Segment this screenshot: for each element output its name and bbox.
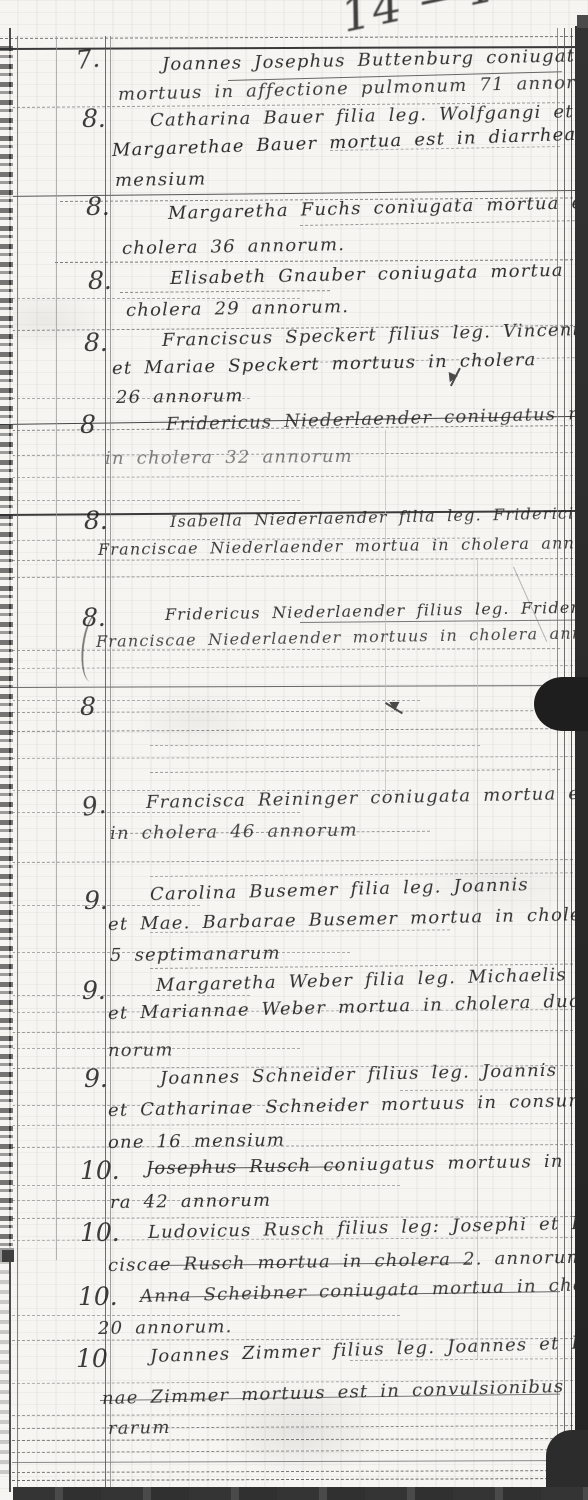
entry-day-number: 9. [84,1064,108,1093]
entry-day-number: 8 [80,692,96,721]
rule-line [0,685,588,688]
rule-line [12,710,588,713]
scanned-register-page: 14 —15 7.Joannes Josephus Buttenburg con… [0,0,588,1500]
column-rule [9,28,11,1492]
column-rule [56,36,57,1260]
entry-day-number: 9. [82,976,106,1005]
entry-text-line: norum [108,1039,174,1061]
rule-line [12,475,588,478]
entry-text-line: Margaretha Weber filia leg. Michaelis [156,964,567,996]
entry-day-number: 8. [84,328,108,357]
rule-line [0,36,588,39]
entry-text-line: et Mariae Speckert mortuus in cholera [112,349,537,379]
rule-line [12,1460,588,1463]
rule-line [120,290,330,293]
entry-day-number: 8. [82,603,106,632]
entry-text-line: Franciscus Speckert filius leg. Vincenti… [162,319,588,351]
rule-line [12,1438,588,1441]
entry-text-line: cholera 36 annorum. [122,234,345,259]
scan-left-edge-square [0,1248,14,1262]
entry-text-line: et Catharinae Schneider mortuus in consu… [108,1090,588,1121]
entry-text-line: Francisca Reininger coniugata mortua est [146,783,588,813]
rule-line [12,1123,588,1126]
entry-text-line: Josephus Rusch coniugatus mortuus in cho… [146,1149,588,1179]
entry-text-line: mortuus in affectione pulmonum 71 annoru… [118,71,588,105]
scan-corner-shadow [546,1430,588,1492]
rule-line [12,1470,588,1473]
entry-day-number: 7. [74,44,101,75]
rule-line [12,1144,588,1148]
entry-text-line: Anna Scheibner coniugata mortua in chole… [140,1273,588,1307]
column-rule [571,28,572,1492]
entry-text-line: mensium [115,168,207,191]
entry-day-number: 8 [80,410,96,439]
rule-line [12,1185,400,1186]
entry-text-line: Margaretha Fuchs coniugata mortua est in [168,191,588,224]
rule-line [12,574,588,578]
binder-notch [534,677,588,731]
entry-text-line: Isabella Niederlaender filia leg. Frider… [170,503,588,531]
entry-text-line: Joannes Schneider filius leg. Joannis [160,1060,558,1089]
column-rule [105,36,106,1492]
scan-right-edge-square [577,15,588,28]
rule-line [12,728,588,732]
entry-text-line: Carolina Busemer filia leg. Joannis [150,874,529,905]
entry-text-line: rarum [108,1417,171,1439]
rule-line [12,859,588,863]
entry-text-line: ciscae Rusch mortua in cholera 2. annoru… [108,1247,588,1276]
column-rule [17,36,18,1492]
rule-line [12,756,588,759]
entry-text-line: 26 annorum [116,385,244,408]
column-rule [557,28,558,1492]
scan-bottom-band [13,1487,588,1500]
entry-text-line: 20 annorum. [98,1316,233,1339]
entry-text-line: in cholera 46 annorum [110,820,358,844]
entry-text-line: in cholera 32 annorum [105,446,353,469]
scan-noise-overlay [0,0,588,1500]
entry-day-number: 10. [80,1218,120,1247]
entry-day-number: 8. [86,192,110,221]
rule-line [150,769,560,773]
rule-line [12,1449,588,1453]
entry-text-line: Franciscae Niederlaender mortua in chole… [98,532,588,559]
entry-day-number: 10 [76,1344,108,1373]
rule-line [12,995,250,996]
rule-line [150,745,480,746]
rule-line [12,1425,588,1429]
rule-line [300,220,585,226]
entry-text-line: Ludovicus Rusch filius leg: Josephi et F… [148,1212,588,1243]
column-rule [477,560,478,1360]
entry-day-number: 9. [84,886,108,915]
entry-text-line: 5 septimanarum [110,943,281,966]
entry-text-line: Fridericus Niederlaender filius leg. Fri… [165,597,588,624]
rule-line [12,1030,588,1033]
entry-text-line: one 16 mensium [108,1130,285,1153]
rule-line [12,500,300,501]
entry-day-number: 8. [82,104,106,133]
column-rule [564,28,565,1492]
entry-day-number: 10. [78,1282,118,1311]
entry-day-number: 8. [84,506,108,535]
entry-text-line: Elisabeth Gnauber coniugata mortua in [170,259,588,289]
page-number-annotation: 14 —15 [336,0,533,43]
entry-text-line: nae Zimmer mortuus est in convulsionibus… [102,1374,588,1409]
entry-day-number: 10. [80,1156,120,1185]
entry-day-number: 8. [88,266,112,295]
scan-left-edge-band-lower [0,1250,9,1475]
entry-text-line: Franciscae Niederlaender mortuus in chol… [96,622,588,651]
entry-text-line: ra 42 annorum [110,1190,272,1213]
entry-text-line: Joannes Josephus Buttenburg coniugatus [162,45,588,75]
rule-line [12,700,420,701]
scan-left-edge-band [0,46,13,1250]
rule-line [12,1478,588,1481]
entry-text-line: et Mae. Barbarae Busemer mortua in chole… [108,904,588,935]
entry-text-line: cholera 29 annorum. [126,296,349,321]
rule-line [12,1413,588,1416]
entry-day-number: 9. [80,790,108,822]
